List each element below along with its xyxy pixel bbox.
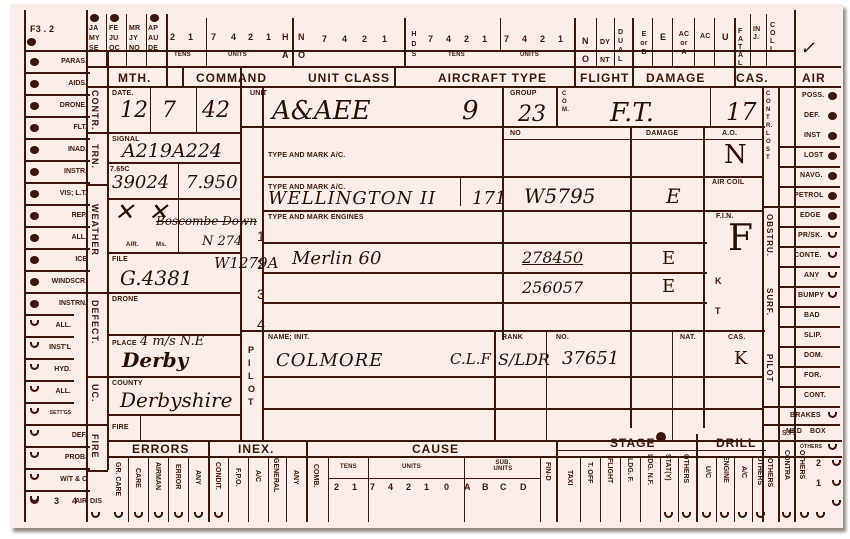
file-label: FILE — [112, 256, 128, 263]
cause-digits: 2 1 7 4 2 1 0 A B C D — [330, 482, 540, 496]
file-value: G.4381 — [120, 266, 193, 290]
cause-sub-units-label: SUB. UNITS — [488, 460, 518, 472]
stage-col-stat: STAT(Y) — [664, 454, 671, 481]
cas-col-fatal: FATAL — [738, 28, 746, 68]
engine-row-2: 2 — [257, 256, 265, 272]
date-day: 12 — [120, 98, 148, 123]
w-number: W1279A — [214, 254, 278, 272]
group-value: 23 — [518, 102, 546, 127]
signal-value: A219A224 — [122, 140, 222, 162]
engine-row-3: 3 — [257, 286, 265, 302]
drill-col-uc: U/C — [704, 466, 711, 478]
date-year: 42 — [202, 98, 230, 123]
stage-col-ldg-f: LDG. F. — [626, 458, 633, 482]
punch-slot-icon — [682, 512, 691, 518]
punch-slot-icon — [720, 512, 729, 518]
header-damage: DAMAGE — [646, 71, 705, 85]
unit-label: UNIT — [250, 90, 267, 97]
punch-slot-icon — [816, 512, 825, 518]
group-label: GROUP — [510, 90, 537, 97]
error-col-gr-care: GR. CARE — [114, 462, 121, 496]
ink-blot-icon — [656, 432, 666, 442]
right-num-1: 1 — [816, 478, 821, 488]
date-label: DATE. — [112, 90, 133, 97]
stage-col-ldg-nf: LDG. N.F. — [646, 454, 653, 485]
header-command: COMMAND — [196, 71, 267, 85]
punch-slot-icon — [664, 512, 673, 518]
flight-col-dual: DUAL — [618, 28, 626, 64]
cause-col-comb: COMB. — [312, 464, 319, 487]
group-defect: DEFECT. — [90, 300, 100, 345]
right-col-contra: CONTRA — [783, 450, 790, 480]
ms-label: Ms. — [156, 242, 167, 248]
engine-2-no: 278450 — [522, 248, 583, 267]
punch-slot-icon — [91, 512, 100, 518]
group-pilot: PILOT — [765, 354, 774, 383]
damage-col-eb: E or B — [638, 30, 650, 57]
group-fire: FIRE — [90, 434, 100, 459]
group-obstru: OBSTRU. — [765, 214, 774, 257]
cas2-label: CAS. — [728, 334, 746, 341]
aircraft-type-code-strip: 7 4 2 1 7 4 2 1 TENS UNITS — [424, 32, 574, 62]
header-errors: ERRORS — [132, 442, 189, 456]
punch-slot-icon — [174, 512, 183, 518]
group-contr: CONTR. — [90, 90, 100, 131]
cross-mark-icon: ✕ — [114, 198, 134, 226]
header-mth: MTH. — [118, 71, 151, 85]
n-number: N 274 — [202, 234, 242, 249]
ao-label: A.O. — [722, 130, 737, 137]
punch-slot-icon — [782, 512, 791, 518]
drill-col-engine: ENGINE — [722, 456, 729, 483]
group-dis: DIS — [90, 498, 102, 505]
unit-class-value: 9 — [462, 96, 479, 126]
header-cause: CAUSE — [412, 442, 459, 456]
fire-label: FIRE — [112, 424, 129, 431]
punch-slot-icon — [800, 512, 809, 518]
t-label: T — [715, 306, 721, 316]
inex-col-fpo: F.P.O. — [234, 468, 241, 487]
k-label: K — [715, 276, 722, 286]
type-mark-engines-label: TYPE AND MARK ENGINES — [268, 214, 364, 221]
stage-col-taxi: TAXI — [566, 470, 573, 485]
cause-units-label: UNITS — [402, 464, 421, 470]
ao-value: N — [724, 140, 747, 170]
code-b-value: 7.950 — [186, 172, 238, 193]
drone-label: DRONE — [112, 296, 138, 303]
stage-col-flight: FLIGHT — [606, 458, 613, 483]
pilot-no: 37651 — [562, 348, 619, 369]
inex-col-any: ANY — [292, 470, 299, 485]
damage-col-ac: AC — [700, 32, 710, 41]
command-code-strip: 2 1 7 4 2 1 H TENS UNITS A — [166, 32, 294, 62]
drill-col-others: OTHERS — [756, 456, 763, 485]
flight-col-dy: DYNT — [600, 34, 610, 70]
punch-slot-icon — [738, 512, 747, 518]
cas-number: 17 — [726, 98, 757, 126]
group-uc: UC. — [90, 384, 100, 403]
punch-slot-icon — [832, 460, 841, 466]
punch-hole-icon — [27, 38, 36, 46]
engine-2-damage: E — [662, 248, 675, 269]
punch-slot-icon — [134, 512, 143, 518]
rank-label: RANK — [502, 334, 523, 341]
month-col-4: APAUDE — [148, 24, 159, 54]
pilot-rank: S/LDR — [498, 350, 550, 369]
name-init-label: NAME; INIT. — [268, 334, 309, 341]
stage-col-others: OTHERS — [682, 454, 689, 483]
cas-col-coll: COLL. — [770, 22, 778, 54]
aircraft-type-value: WELLINGTON II — [268, 188, 436, 209]
nat-label: NAT. — [680, 334, 696, 341]
inex-col-ac: A/C — [254, 470, 261, 482]
place-value: 4 m/s N.E — [140, 334, 204, 349]
group-weather: WEATHER — [90, 204, 100, 256]
pilot-cas: K — [734, 348, 747, 369]
unit-value: A&AEE — [272, 96, 371, 126]
unit-class-code-strip: N 7 4 2 1 O — [294, 32, 404, 62]
hds-label: H D S — [410, 30, 418, 60]
air-coil-label: AIR COIL — [712, 179, 744, 186]
punch-hole-icon — [90, 14, 99, 22]
type-mark-ac-label-1: TYPE AND MARK A/C. — [268, 152, 345, 159]
cas-col-inj: INJ. — [753, 26, 761, 42]
date-month: 7 — [162, 98, 176, 123]
engine-type-value: Merlin 60 — [292, 248, 381, 269]
pilot-init: C.L.F — [450, 350, 491, 368]
month-col-3: MRJYNO — [129, 24, 140, 54]
punch-slot-icon — [832, 480, 841, 486]
punch-slot-icon — [832, 500, 841, 506]
no-label: NO — [510, 130, 521, 137]
engine-3-damage: E — [662, 276, 675, 297]
left-num-4: 4 — [72, 496, 77, 506]
cause-tens-label: TENS — [340, 464, 357, 470]
accident-record-card: F3 . 2 JAMYSE FEJUOC MRJYNO APAUDE 2 1 7… — [10, 4, 843, 528]
struck-entry: Boscombe Down — [156, 214, 257, 228]
header-aircraft-type: AIRCRAFT TYPE — [438, 71, 547, 85]
header-stage: STAGE — [610, 436, 655, 450]
aircraft-no-value: W5795 — [524, 184, 595, 208]
month-col-1: JAMYSE — [89, 24, 100, 54]
header-unit-class: UNIT CLASS — [308, 71, 390, 85]
group-surf: SURF. — [765, 288, 774, 316]
code-a-value: 39024 — [112, 172, 169, 193]
pilot-name: COLMORE — [276, 350, 383, 371]
punch-slot-icon — [154, 512, 163, 518]
contr-lost-label: C O N T R. L O S T — [766, 90, 772, 162]
punch-slot-icon — [114, 512, 123, 518]
punch-slot-icon — [194, 512, 203, 518]
punch-hole-icon — [110, 14, 119, 22]
air-small-label: AIR. — [126, 242, 139, 248]
header-flight: FLIGHT — [580, 71, 629, 85]
damage-col-u: U — [722, 32, 729, 42]
header-cas: CAS. — [736, 71, 769, 85]
group-trn: TRN. — [90, 144, 100, 169]
flight-col-n: NO — [582, 32, 589, 68]
aircraft-damage-value: E — [666, 184, 681, 208]
header-air: AIR — [802, 71, 826, 85]
sf-label: S.F. — [782, 430, 795, 437]
error-col-any: ANY — [194, 470, 201, 485]
error-col-care: CARE — [134, 468, 141, 488]
inex-col-condit: CONDIT. — [214, 462, 221, 490]
damage-col-e: E — [660, 32, 666, 42]
air-check-mark: ✓ — [800, 38, 815, 59]
place-label: PLACE — [112, 340, 137, 347]
month-col-2: FEJUOC — [109, 24, 120, 54]
punch-slot-icon — [214, 512, 223, 518]
header-drill: DRILL — [716, 436, 756, 450]
error-col-error: ERROR — [174, 464, 181, 489]
com-label: C O M. — [562, 90, 568, 114]
county-label: COUNTY — [112, 380, 143, 387]
left-num-3: 3 — [54, 496, 59, 506]
right-col-others-2: OTHERS — [798, 450, 805, 479]
punch-hole-icon — [150, 14, 159, 22]
damage-label: DAMAGE — [646, 130, 678, 137]
right-num-2: 2 — [816, 458, 821, 468]
engine-3-no: 256057 — [522, 278, 583, 297]
damage-col-aca: AC or A — [678, 30, 690, 57]
no2-label: NO. — [556, 334, 569, 341]
drill-col-ac: A/C — [740, 466, 747, 478]
flight-value: F.T. — [610, 98, 654, 128]
header-inex: INEX. — [238, 442, 274, 456]
corner-code: F3 . 2 — [30, 24, 54, 34]
fin-value: F — [728, 218, 753, 259]
place-town: Derby — [122, 348, 188, 372]
error-col-airman: AIRMAN — [154, 462, 161, 490]
stage-col-toff: T. OFF — [586, 462, 593, 483]
pilot-label: PILOT — [248, 344, 256, 409]
aircraft-number: 171 — [472, 188, 506, 209]
cause-col-fin-d: FIN-D — [544, 462, 551, 481]
punch-slot-icon — [702, 512, 711, 518]
right-col-others-1: OTHERS — [766, 458, 773, 487]
inex-col-general: GENERAL — [272, 458, 279, 492]
county-value: Derbyshire — [120, 388, 232, 412]
